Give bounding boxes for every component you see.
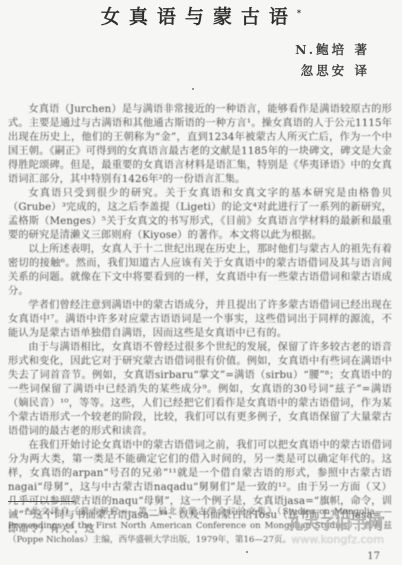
paragraph: 女真语只受到很少的研究。关于女真语和女真文字的基本研究是由格鲁贝（Grube）³… (8, 187, 392, 243)
title-footnote-mark: * (297, 8, 301, 18)
watermark: 孔夫子旧书网 www.kongfz.com (288, 516, 384, 548)
paragraph: 由于与满语相比，女真语不曾经过很多个世纪的发展，保留了许多较古老的语音形式和变化… (8, 341, 392, 439)
scan-speck (192, 88, 194, 90)
translator-role: 译 (354, 63, 370, 78)
translator-name: 忽思安 (301, 63, 348, 78)
paragraph: 学者们曾经注意到满语中的蒙古语成分，并且提出了许多蒙古语借词已经出现在女真语中⁷… (8, 299, 392, 341)
page-number: 17 (367, 551, 380, 562)
footnote-divider (8, 501, 74, 502)
watermark-url: www.kongfz.com (288, 532, 384, 548)
author-name: N.鲍培 (295, 42, 347, 57)
body-text: 女真语（Jurchen）是与满语非常接近的一种语言，能够看作是满语较原古的形式。… (8, 103, 392, 537)
paragraph: 以上所述表明，女真人于十二世纪出现在历史上，那时他们与蒙古人的祖先有着密切的接触… (8, 243, 392, 299)
document-page: 女真语与蒙古语* N.鲍培 著 忽思安 译 女真语（Jurchen）是与满语非常… (0, 0, 402, 565)
author-role: 著 (354, 42, 370, 57)
watermark-site-name: 孔夫子旧书网 (288, 516, 384, 532)
paper-title: 女真语与蒙古语* (0, 2, 402, 29)
author-line: N.鲍培 著 (295, 40, 370, 58)
title-text: 女真语与蒙古语 (101, 6, 297, 28)
translator-line: 忽思安 译 (301, 61, 370, 79)
footnote-text-cn: *此文译自《蒙古研究——第一届北美蒙古学会议论文集》（ (25, 507, 282, 517)
paragraph: 女真语（Jurchen）是与满语非常接近的一种语言，能够看作是满语较原古的形式。… (8, 103, 392, 187)
scan-speck (246, 551, 248, 553)
